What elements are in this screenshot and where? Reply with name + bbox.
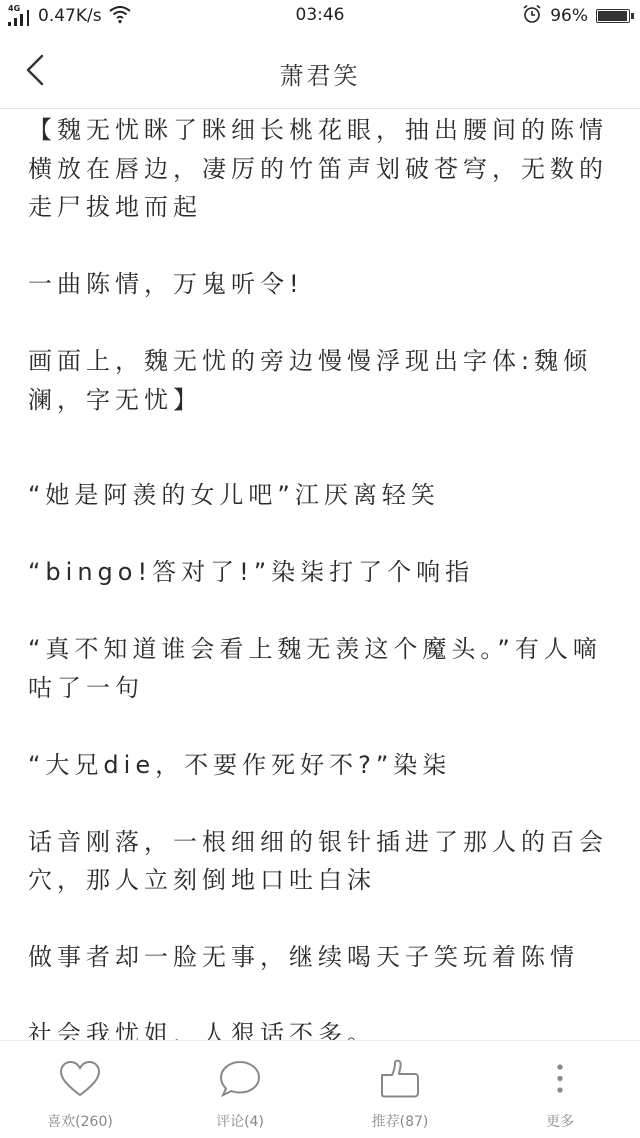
recommend-button[interactable]: 推荐(87) — [320, 1041, 480, 1138]
paragraph: 画面上，魏无忧的旁边慢慢浮现出字体:魏倾澜，字无忧】 — [28, 342, 612, 419]
battery-icon — [596, 9, 630, 23]
paragraph: “大兄die，不要作死好不?”染柒 — [28, 746, 612, 785]
comment-button[interactable]: 评论(4) — [160, 1041, 320, 1138]
bottom-action-bar: 喜欢(260) 评论(4) 推荐(87) 更多 — [0, 1040, 640, 1138]
paragraph: 社会我忧姐，人狠话不多。 — [28, 1015, 612, 1040]
paragraph: “bingo!答对了!”染柒打了个响指 — [28, 553, 612, 592]
header: 萧君笑 — [0, 32, 640, 109]
more-vertical-icon — [538, 1059, 582, 1099]
status-right: 96% — [522, 4, 630, 28]
page-title: 萧君笑 — [0, 56, 640, 91]
article-content[interactable]: 【魏无忧眯了眯细长桃花眼，抽出腰间的陈情横放在唇边，凄厉的竹笛声划破苍穹，无数的… — [28, 108, 612, 1040]
paragraph: 做事者却一脸无事，继续喝天子笑玩着陈情 — [28, 938, 612, 977]
more-label: 更多 — [546, 1111, 574, 1131]
recommend-label: 推荐(87) — [372, 1111, 429, 1131]
paragraph: 话音刚落，一根细细的银针插进了那人的百会穴，那人立刻倒地口吐白沫 — [28, 823, 612, 900]
like-label: 喜欢(260) — [47, 1111, 113, 1131]
like-button[interactable]: 喜欢(260) — [0, 1041, 160, 1138]
paragraph: 一曲陈情，万鬼听令! — [28, 265, 612, 304]
more-button[interactable]: 更多 — [480, 1041, 640, 1138]
heart-icon — [58, 1059, 102, 1099]
status-bar: 4G 0.47K/s 03:46 96% — [0, 0, 640, 32]
thumbs-up-icon — [378, 1059, 422, 1099]
paragraph: “真不知道谁会看上魏无羡这个魔头。”有人嘀咕了一句 — [28, 630, 612, 707]
battery-percent: 96% — [550, 6, 588, 26]
alarm-icon — [522, 4, 542, 29]
paragraph: “她是阿羡的女儿吧”江厌离轻笑 — [28, 476, 612, 515]
comment-label: 评论(4) — [216, 1111, 264, 1131]
comment-icon — [218, 1059, 262, 1099]
paragraph: 【魏无忧眯了眯细长桃花眼，抽出腰间的陈情横放在唇边，凄厉的竹笛声划破苍穹，无数的… — [28, 111, 612, 227]
